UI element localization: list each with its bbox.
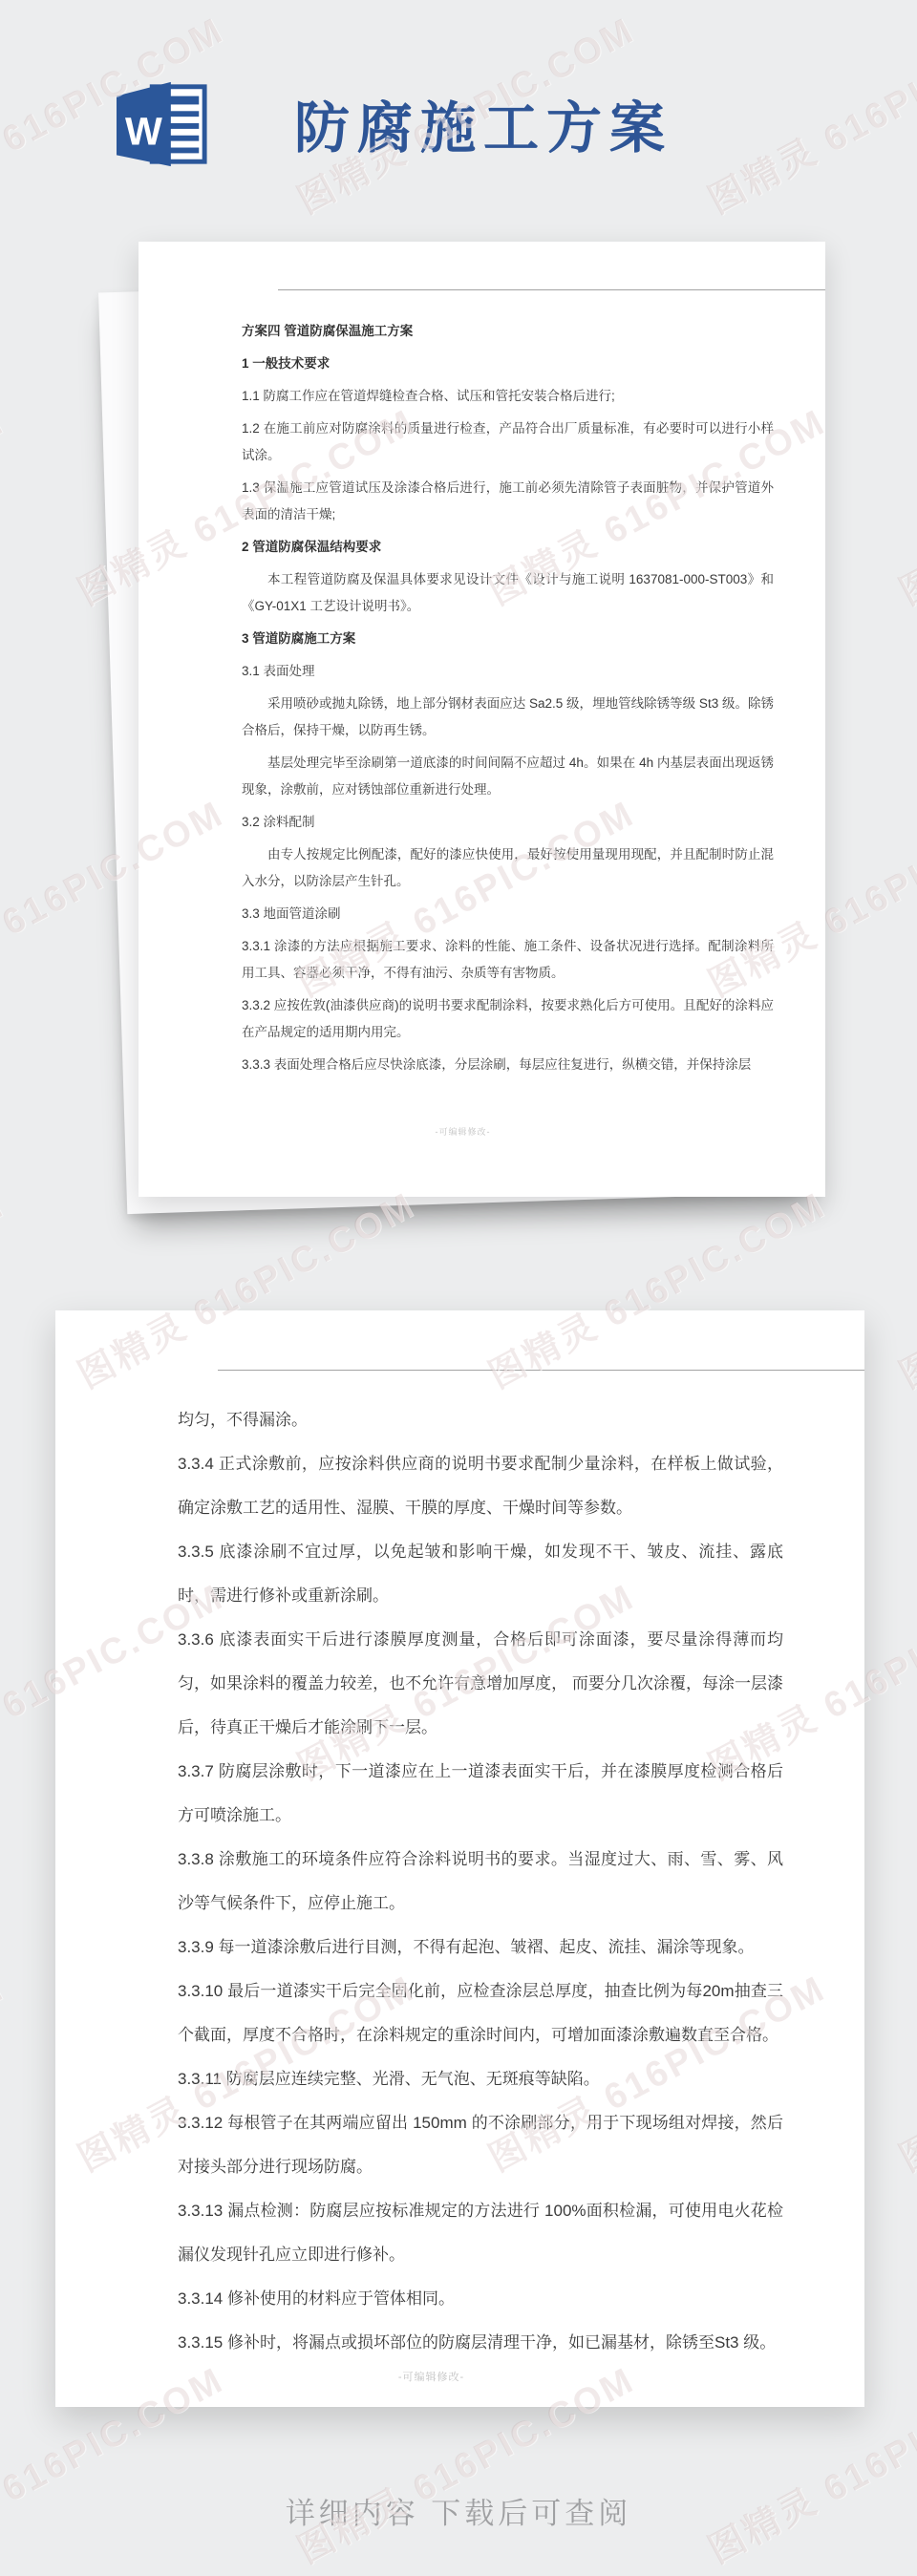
doc-paragraph: 3.3.2 应按佐敦(油漆供应商)的说明书要求配制涂料，按要求熟化后方可使用。且… xyxy=(242,992,774,1046)
doc-paragraph: 3.3.6 底漆表面实干后进行漆膜厚度测量，合格后即可涂面漆，要尽量涂得薄而均匀… xyxy=(178,1618,783,1750)
document-body-2: 均匀，不得漏涂。3.3.4 正式涂敷前，应按涂料供应商的说明书要求配制少量涂料，… xyxy=(178,1398,783,2365)
doc-paragraph: 3.3.10 最后一道漆实干后完全固化前，应检查涂层总厚度，抽查比例为每20m抽… xyxy=(178,1969,783,2057)
watermark-text: 图精灵 616PIC.COM xyxy=(0,1176,11,1398)
watermark-text: 图精灵 616PIC.COM xyxy=(888,1176,917,1398)
doc-paragraph: 3.3.12 每根管子在其两端应留出 150mm 的不涂刷部分，用于下现场组对焊… xyxy=(178,2101,783,2189)
header: W 防腐施工方案 xyxy=(0,0,917,220)
page-footer-note: -可编辑修改- xyxy=(139,1125,787,1138)
watermark-text: 图精灵 616PIC.COM xyxy=(888,393,917,615)
doc-paragraph: 由专人按规定比例配漆，配好的漆应快使用，最好按使用量现用现配，并且配制时防止混入… xyxy=(242,841,774,895)
doc-paragraph: 3.3.3 表面处理合格后应尽快涂底漆，分层涂刷，每层应往复进行，纵横交错，并保… xyxy=(242,1052,774,1078)
watermark-text: 图精灵 616PIC.COM xyxy=(0,393,11,615)
doc-paragraph: 1 一般技术要求 xyxy=(242,351,774,377)
doc-paragraph: 3.3.9 每一道漆涂敷后进行目测，不得有起泡、皱褶、起皮、流挂、漏涂等现象。 xyxy=(178,1926,783,1969)
doc-paragraph: 3.3.11 防腐层应连续完整、光滑、无气泡、无斑痕等缺陷。 xyxy=(178,2057,783,2101)
doc-paragraph: 3.3.5 底漆涂刷不宜过厚，以免起皱和影响干燥，如发现不干、皱皮、流挂、露底时… xyxy=(178,1530,783,1618)
doc-paragraph: 3.3.14 修补使用的材料应于管体相同。 xyxy=(178,2277,783,2321)
doc-paragraph: 3.3.8 涂敷施工的环境条件应符合涂料说明书的要求。当湿度过大、雨、雪、雾、风… xyxy=(178,1838,783,1926)
document-page-1: 方案四 管道防腐保温施工方案1 一般技术要求1.1 防腐工作应在管道焊缝检查合格… xyxy=(113,229,839,1242)
doc-paragraph: 3 管道防腐施工方案 xyxy=(242,626,774,652)
doc-paragraph: 3.1 表面处理 xyxy=(242,658,774,685)
watermark-text: 图精灵 616PIC.COM xyxy=(888,1959,917,2182)
page-header-rule xyxy=(218,1370,864,1371)
doc-paragraph: 本工程管道防腐及保温具体要求见设计文件《设计与施工说明 1637081-000-… xyxy=(242,566,774,620)
doc-paragraph: 方案四 管道防腐保温施工方案 xyxy=(242,318,774,345)
doc-paragraph: 基层处理完毕至涂刷第一道底漆的时间间隔不应超过 4h。如果在 4h 内基层表面出… xyxy=(242,750,774,803)
doc-paragraph: 1.3 保温施工应管道试压及涂漆合格后进行，施工前必须先清除管子表面脏物，并保护… xyxy=(242,475,774,528)
document-preview-page: W 防腐施工方案 方案四 管道防腐保温施工方案1 一般技术要求1.1 防腐工作应… xyxy=(0,0,917,2576)
doc-paragraph: 3.3.13 漏点检测：防腐层应按标准规定的方法进行 100%面积检漏，可使用电… xyxy=(178,2189,783,2277)
doc-paragraph: 采用喷砂或抛丸除锈，地上部分钢材表面应达 Sa2.5 级，埋地管线除锈等级 St… xyxy=(242,691,774,744)
doc-paragraph: 3.3.15 修补时，将漏点或损坏部位的防腐层清理干净，如已漏基材，除锈至St3… xyxy=(178,2321,783,2365)
doc-paragraph: 3.3.7 防腐层涂敷时，下一道漆应在上一道漆表面实干后，并在漆膜厚度检测合格后… xyxy=(178,1750,783,1838)
page-title: 防腐施工方案 xyxy=(294,96,672,162)
document-page-2: 均匀，不得漏涂。3.3.4 正式涂敷前，应按涂料供应商的说明书要求配制少量涂料，… xyxy=(55,1310,864,2407)
doc-paragraph: 3.3.1 涂漆的方法应根据施工要求、涂料的性能、施工条件、设备状况进行选择。配… xyxy=(242,933,774,987)
document-sheet-1: 方案四 管道防腐保温施工方案1 一般技术要求1.1 防腐工作应在管道焊缝检查合格… xyxy=(139,242,825,1197)
doc-paragraph: 1.1 防腐工作应在管道焊缝检查合格、试压和管托安装合格后进行; xyxy=(242,383,774,410)
bottom-caption: 详细内容 下载后可查阅 xyxy=(0,2489,917,2532)
doc-paragraph: 1.2 在施工前应对防腐涂料的质量进行检查，产品符合出厂质量标准，有必要时可以进… xyxy=(242,415,774,469)
svg-text:W: W xyxy=(125,110,162,154)
doc-paragraph: 3.3.4 正式涂敷前，应按涂料供应商的说明书要求配制少量涂料，在样板上做试验，… xyxy=(178,1442,783,1530)
document-body-1: 方案四 管道防腐保温施工方案1 一般技术要求1.1 防腐工作应在管道焊缝检查合格… xyxy=(242,318,774,1084)
page-footer-note: -可编辑修改- xyxy=(55,2369,807,2384)
word-icon: W xyxy=(117,78,210,170)
doc-paragraph: 3.2 涂料配制 xyxy=(242,809,774,836)
doc-paragraph: 3.3 地面管道涂刷 xyxy=(242,901,774,927)
doc-paragraph: 2 管道防腐保温结构要求 xyxy=(242,534,774,561)
doc-paragraph: 均匀，不得漏涂。 xyxy=(178,1398,783,1442)
page-header-rule xyxy=(278,289,825,290)
watermark-text: 图精灵 616PIC.COM xyxy=(0,1959,11,2182)
